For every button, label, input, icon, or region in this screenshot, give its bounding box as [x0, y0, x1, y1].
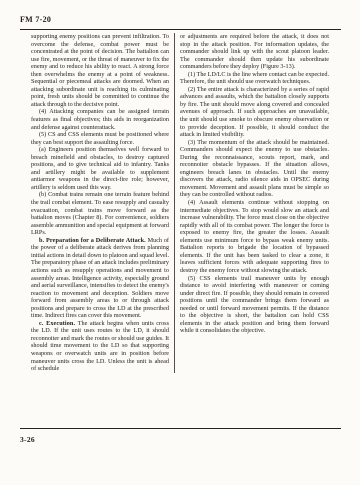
paragraph: (4) Assault elements continue without st… — [180, 199, 329, 274]
paragraph: (1) The LD/LC is the line where contact … — [180, 71, 329, 86]
paragraph: (3) The momentum of the attack should be… — [180, 139, 329, 199]
column-divider-rule — [174, 33, 175, 373]
page-number: 3-26 — [20, 435, 35, 444]
paragraph: (b) Combat trains remain one terrain fea… — [31, 191, 169, 236]
paragraph: (2) The entire attack is characterized b… — [180, 86, 329, 139]
right-column: or adjustments are required before the a… — [180, 33, 329, 373]
left-column: supporting enemy positions can prevent i… — [31, 33, 169, 373]
paragraph: (5) CSS elements trail maneuver units by… — [180, 275, 329, 335]
paragraph-lead: b. Preparation for a Deliberate Attack. — [39, 237, 148, 244]
manual-page: FM 7-20 supporting enemy positions can p… — [0, 0, 360, 485]
paragraph: (4) Attacking companies can be assigned … — [31, 108, 169, 131]
paragraph-lead: c. Execution. — [39, 320, 78, 327]
paragraph: b. Preparation for a Deliberate Attack. … — [31, 237, 169, 320]
paragraph: or adjustments are required before the a… — [180, 33, 329, 71]
paragraph: supporting enemy positions can prevent i… — [31, 33, 169, 108]
page-footer: 3-26 — [20, 428, 341, 447]
paragraph: (a) Engineers position themselves well f… — [31, 146, 169, 191]
paragraph: c. Execution. The attack begins when uni… — [31, 320, 169, 373]
manual-number-label: FM 7-20 — [20, 15, 51, 24]
paragraph: (5) CS and CSS elements must be position… — [31, 131, 169, 146]
page-header: FM 7-20 — [20, 9, 341, 30]
two-column-body: supporting enemy positions can prevent i… — [31, 33, 329, 373]
